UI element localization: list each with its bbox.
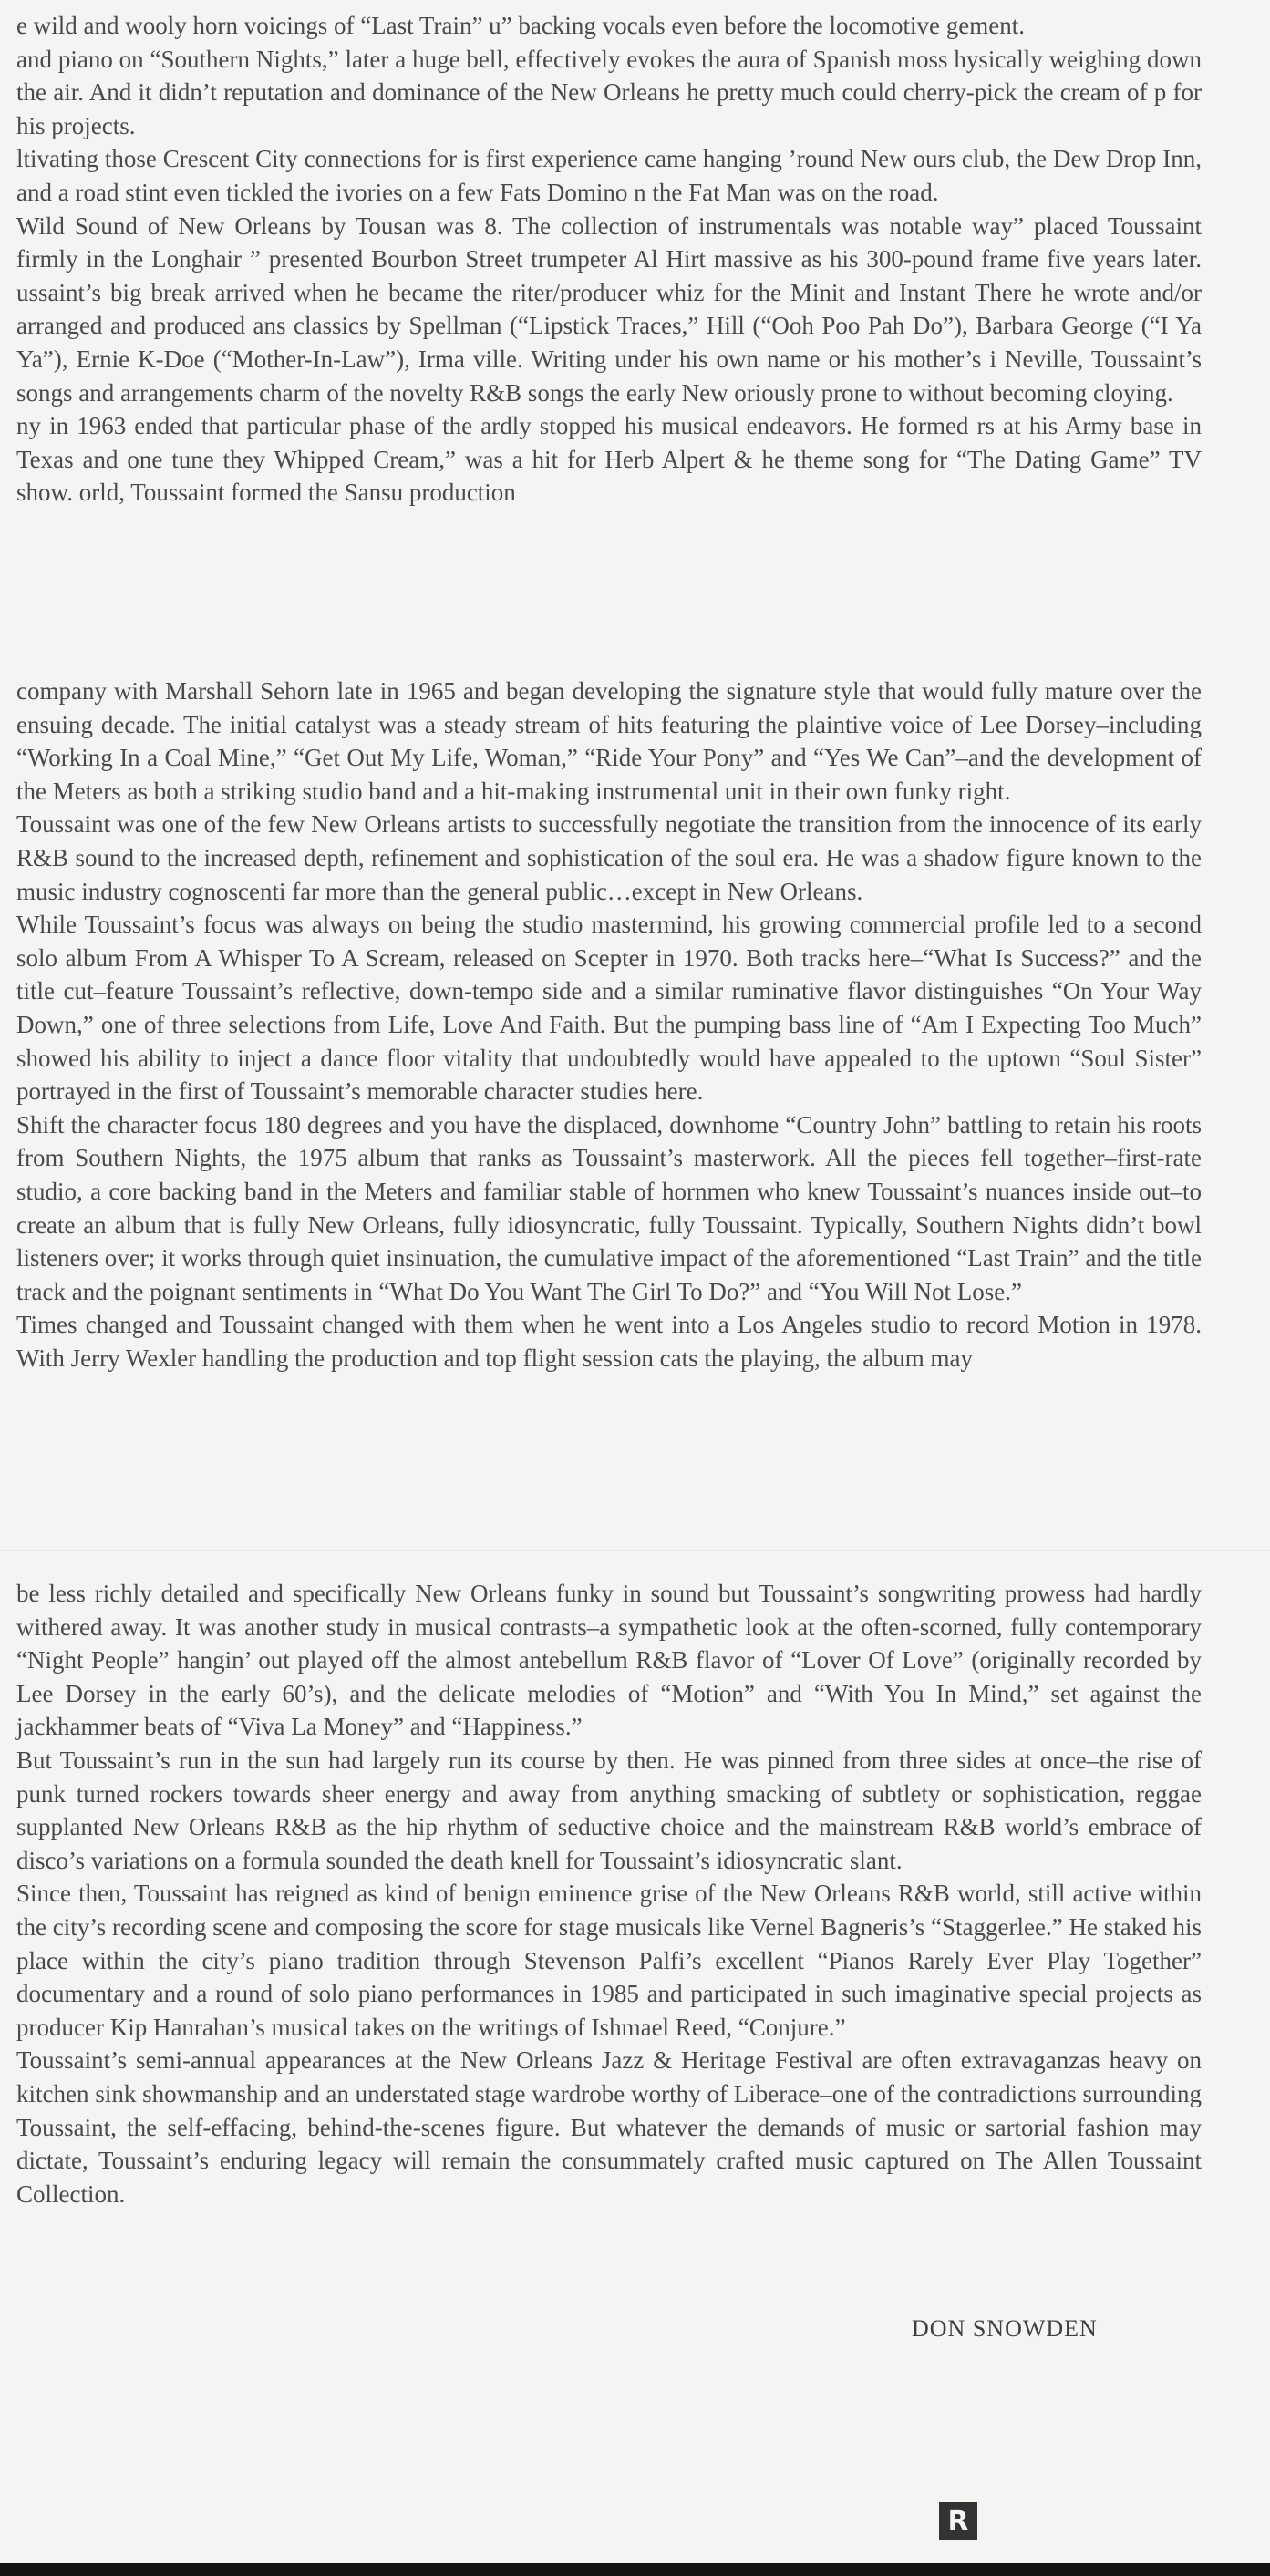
paragraph: Shift the character focus 180 degrees an…: [16, 1108, 1202, 1309]
paragraph: Toussaint was one of the few New Orleans…: [16, 808, 1202, 908]
label-logo-icon: R: [939, 2502, 977, 2540]
paragraph: ltivating those Crescent City connection…: [16, 142, 1202, 209]
text-column-1: e wild and wooly horn voicings of “Last …: [16, 9, 1202, 510]
paragraph: While Toussaint’s focus was always on be…: [16, 908, 1202, 1108]
author-signature: DON SNOWDEN: [912, 2315, 1098, 2343]
paragraph: Times changed and Toussaint changed with…: [16, 1308, 1202, 1375]
paragraph: Toussaint’s semi-annual appearances at t…: [16, 2044, 1202, 2210]
paragraph: company with Marshall Sehorn late in 196…: [16, 675, 1202, 808]
paragraph: But Toussaint’s run in the sun had large…: [16, 1744, 1202, 1877]
scan-edge: [0, 2563, 1270, 2576]
text-column-3: be less richly detailed and specifically…: [16, 1577, 1202, 2210]
paragraph: be less richly detailed and specifically…: [16, 1577, 1202, 1744]
paragraph: e wild and wooly horn voicings of “Last …: [16, 9, 1202, 43]
text-column-2: company with Marshall Sehorn late in 196…: [16, 675, 1202, 1375]
paragraph: and piano on “Southern Nights,” later a …: [16, 43, 1202, 143]
paragraph: ny in 1963 ended that particular phase o…: [16, 409, 1202, 510]
paragraph: Wild Sound of New Orleans by Tousan was …: [16, 210, 1202, 410]
paragraph: Since then, Toussaint has reigned as kin…: [16, 1877, 1202, 2044]
page-fold-crease: [0, 1550, 1270, 1551]
